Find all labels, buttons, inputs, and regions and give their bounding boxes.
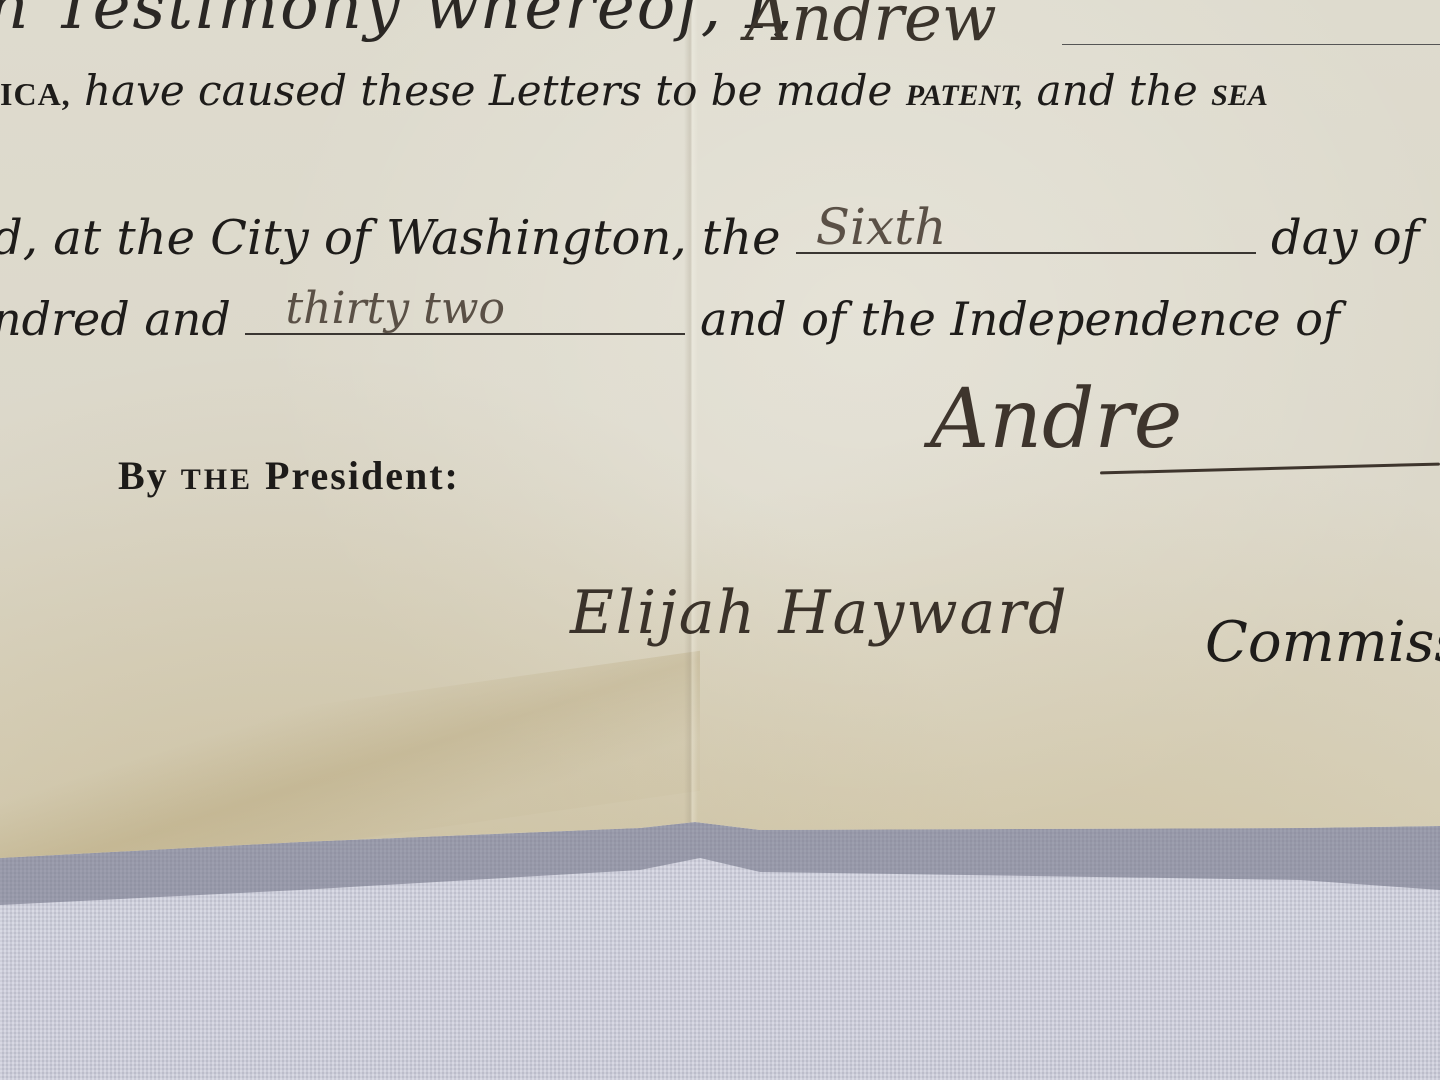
- by-the-president-label: By THE President:: [118, 452, 460, 499]
- commissioner-title: Commiss: [1205, 610, 1440, 675]
- given-at-washington-line: d, at the City of Washington, the Sixth …: [0, 210, 1419, 266]
- year-fill-in-blank: thirty two: [245, 293, 685, 335]
- and-the-text: and the: [1037, 66, 1198, 115]
- patent-clause-line: ICA, have caused these Letters to be mad…: [0, 66, 1268, 115]
- by-word: By: [118, 453, 169, 498]
- commissioner-signature: Elijah Hayward: [570, 578, 1068, 648]
- president-signature: Andre: [930, 372, 1182, 467]
- day-of-text: day of: [1271, 210, 1419, 266]
- america-caps-fragment: ICA,: [0, 76, 71, 112]
- caused-letters-text: have caused these Letters to be made: [84, 66, 892, 115]
- independence-text: and of the Independence of: [700, 292, 1340, 346]
- day-fill-in-blank: Sixth: [796, 212, 1256, 254]
- patent-word: PATENT,: [906, 79, 1024, 112]
- handwritten-year: thirty two: [285, 283, 504, 334]
- fill-in-line-top: [1062, 44, 1440, 45]
- year-line: ndred and thirty two and of the Independ…: [0, 292, 1340, 346]
- the-word: THE: [181, 463, 253, 496]
- paper-fold-crease: [684, 0, 698, 830]
- handwritten-day: Sixth: [816, 198, 947, 256]
- president-word: President:: [265, 453, 460, 498]
- handwritten-president-name-top: Andrew: [745, 0, 997, 56]
- testimony-heading: In Testimony whereof, I,: [0, 0, 795, 44]
- city-of-washington-text: d, at the City of Washington, the: [0, 210, 780, 266]
- seal-word: SEA: [1211, 79, 1268, 112]
- hundred-and-text: ndred and: [0, 292, 231, 346]
